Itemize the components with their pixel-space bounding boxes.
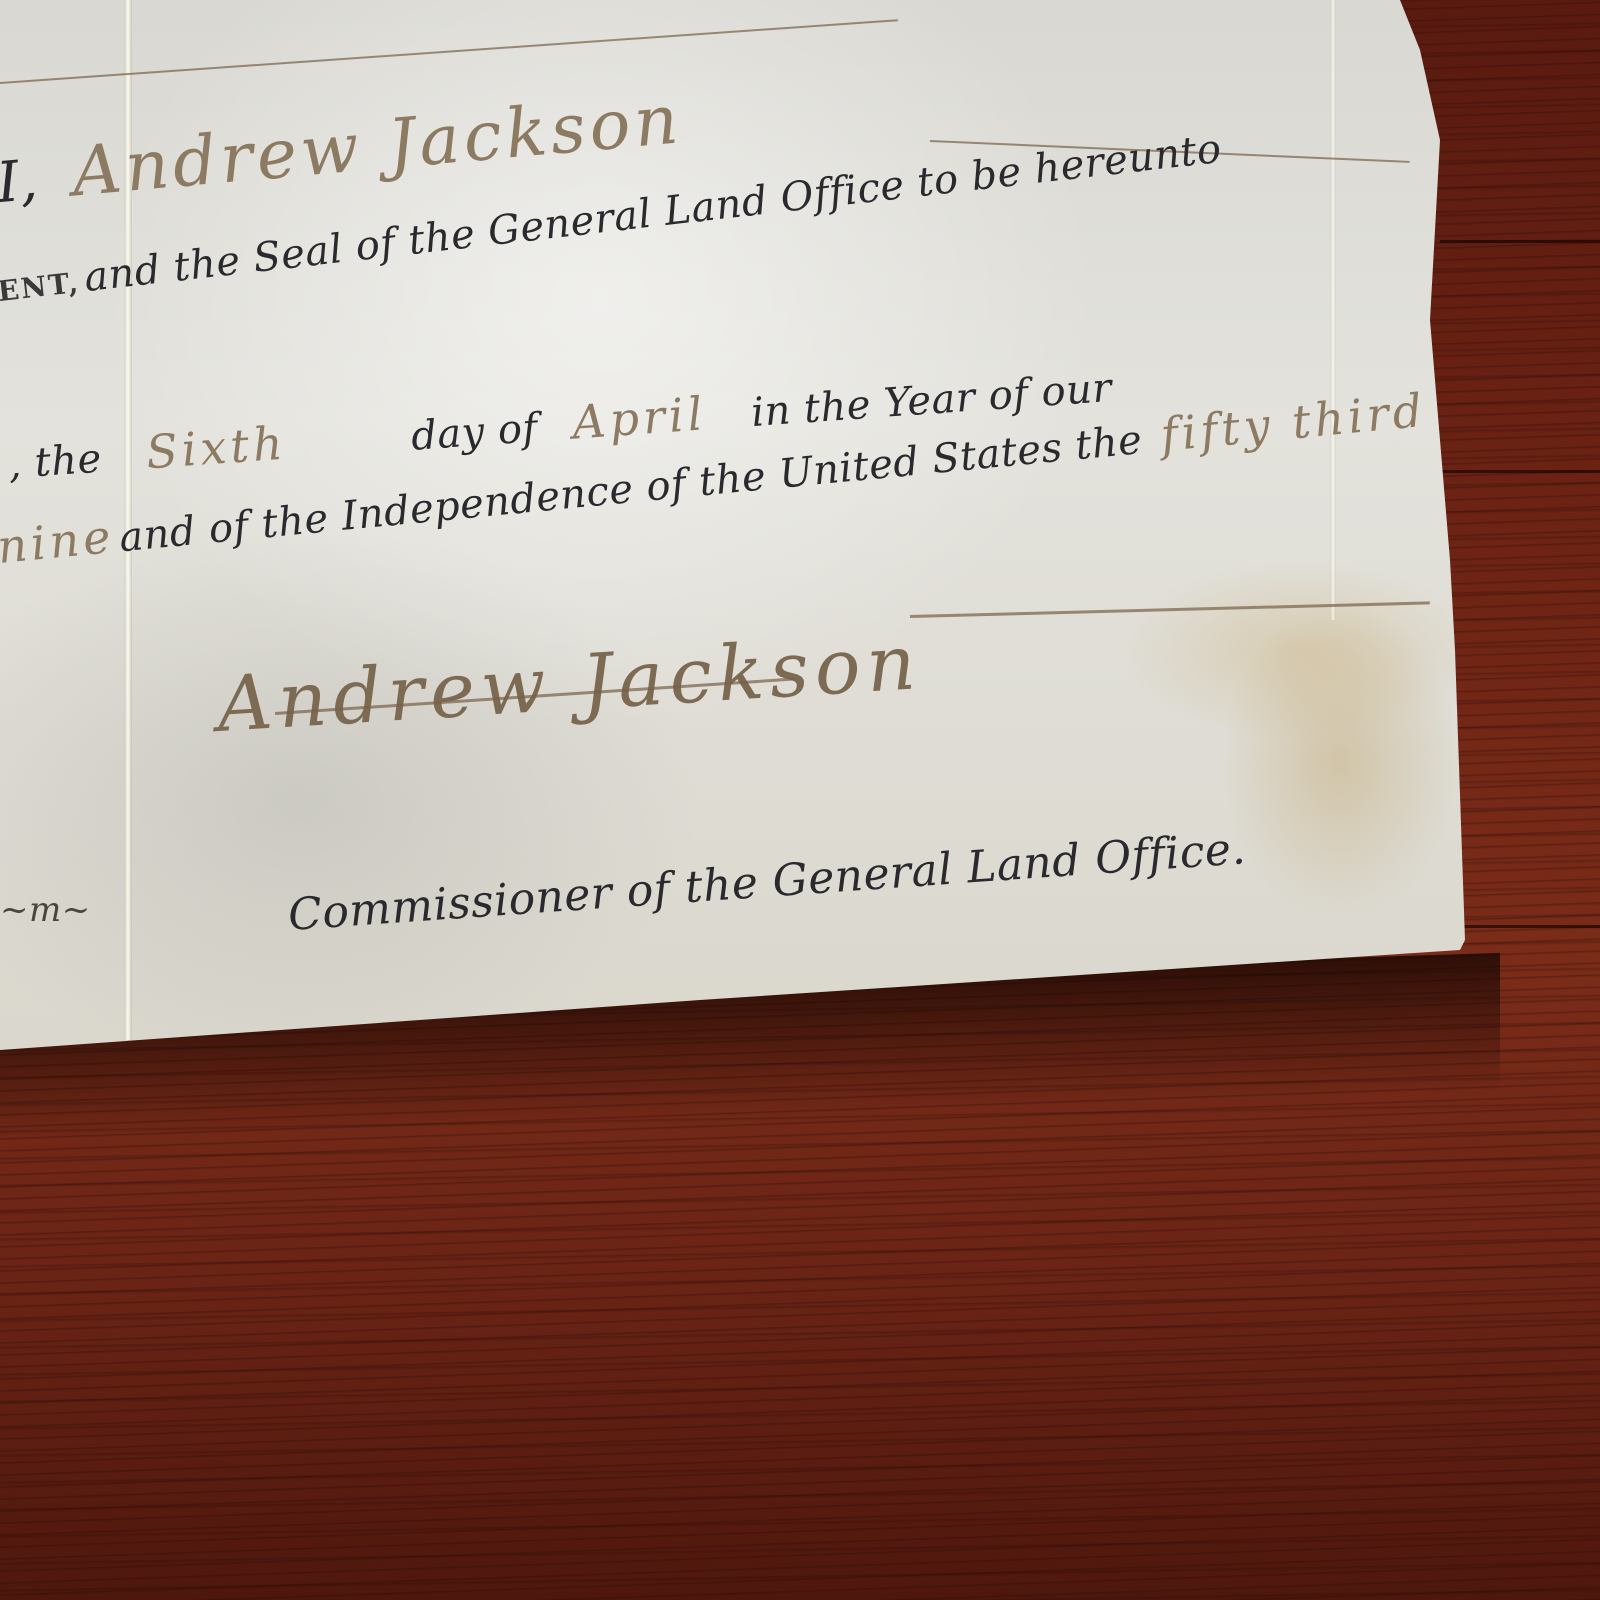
printed-title: Commissioner of the General Land Office. [286, 823, 1247, 941]
printed-text: day of [410, 405, 540, 460]
handwritten-fragment: nine [0, 509, 117, 574]
handwritten-fragment: ~m~ [0, 890, 91, 930]
footer-fragment: ~m~ [0, 890, 91, 930]
printed-text: , the [7, 436, 103, 488]
land-patent-document: I, Andrew Jackson ENT, and the Seal of t… [0, 0, 1470, 1050]
handwritten-month: April [571, 386, 709, 449]
wood-grain [1440, 470, 1600, 473]
caps-fragment: ENT, [0, 266, 82, 308]
water-stain [1220, 600, 1460, 920]
ink-rule [0, 19, 898, 84]
wood-grain [1440, 240, 1600, 243]
signature-text: Andrew Jackson [215, 617, 924, 749]
paper-fold-crease [1330, 0, 1336, 620]
commissioner-title: Commissioner of the General Land Office. [286, 823, 1247, 941]
handwritten-ordinal: fifty third [1158, 383, 1428, 462]
handwritten-name: Andrew Jackson [69, 80, 685, 212]
initial-text: I, [0, 148, 41, 216]
handwritten-day: Sixth [144, 416, 288, 480]
signature: Andrew Jackson [215, 617, 924, 749]
